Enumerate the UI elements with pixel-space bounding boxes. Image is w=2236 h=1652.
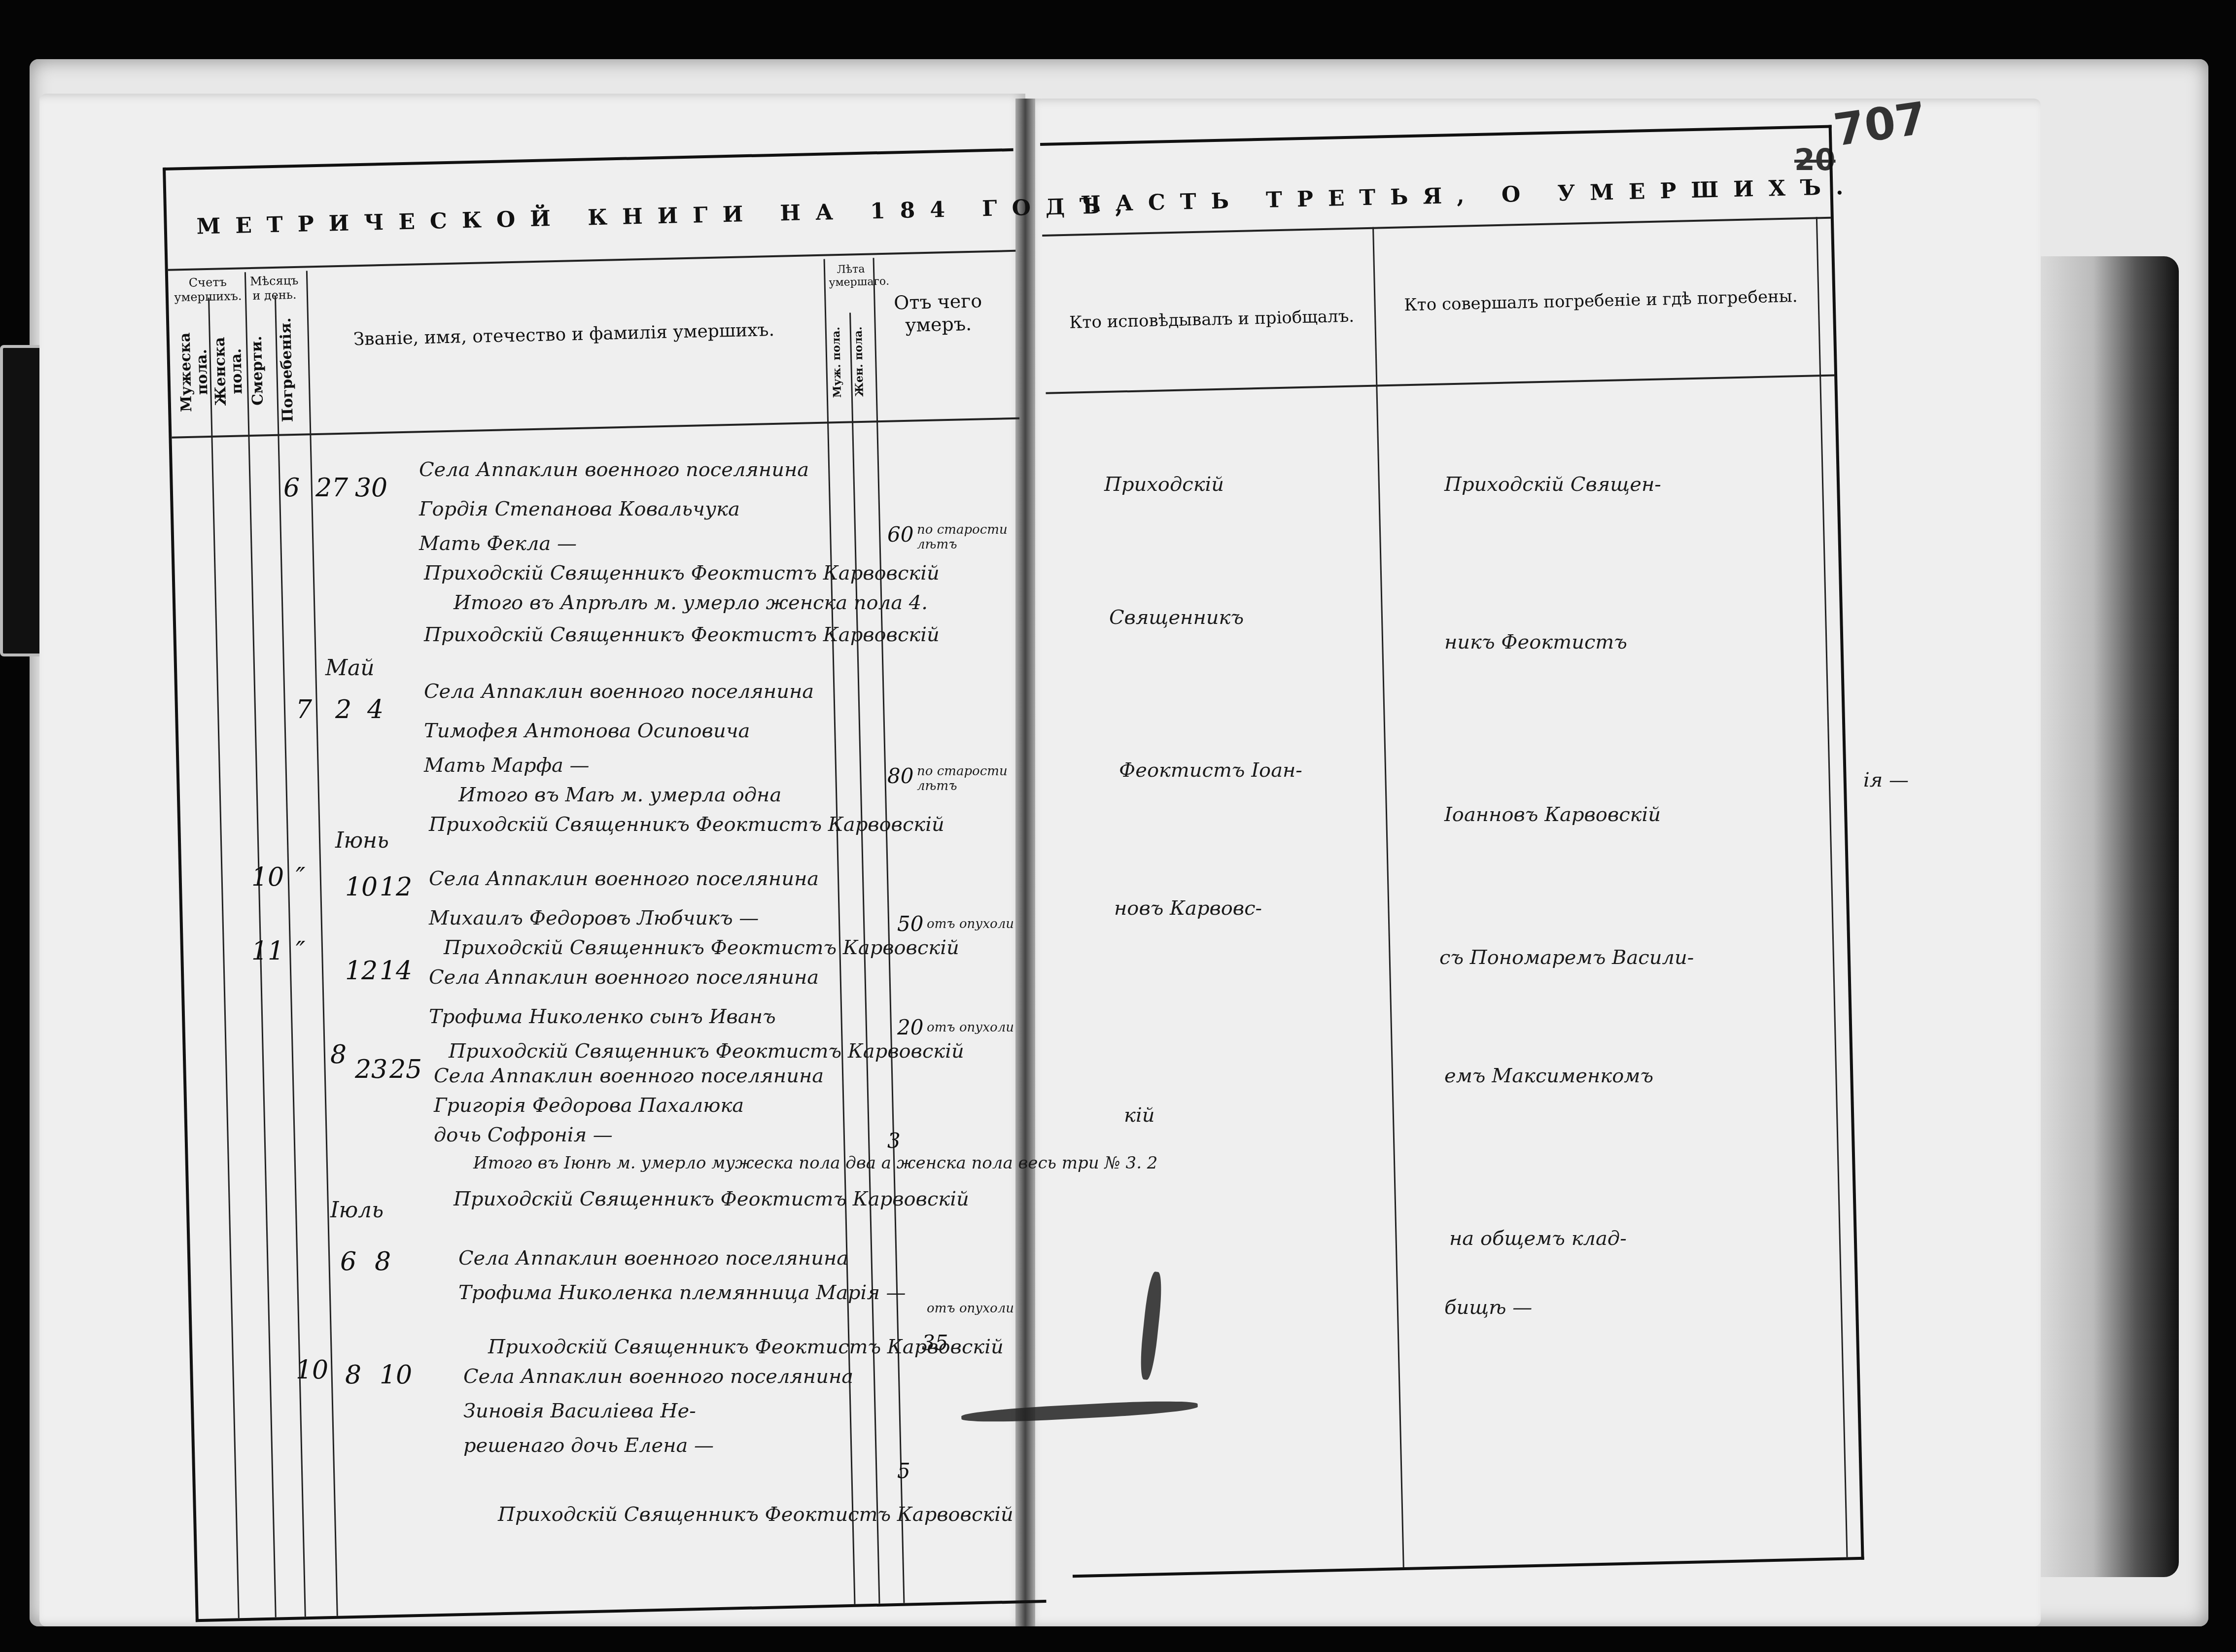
entry-priest: Приходскій Священникъ Феоктистъ Карвовск… bbox=[488, 1336, 1004, 1358]
entry-line: Мать Марфа — bbox=[424, 754, 590, 777]
entry-burial-day: 12 bbox=[380, 872, 412, 902]
entry-burial-day: 10 bbox=[380, 1360, 412, 1390]
header-rule bbox=[1042, 217, 1831, 237]
entry-line: Зиновія Василіева Не- bbox=[463, 1400, 696, 1422]
right-page-title: ЧАСТЬ ТРЕТЬЯ, О УМЕРШИХЪ. bbox=[1081, 174, 1858, 217]
entry-burial-day: 30 bbox=[355, 473, 387, 503]
confessor-line: новъ Карвовс- bbox=[1114, 897, 1262, 920]
confessor-line: кій bbox=[1124, 1104, 1154, 1127]
burial-line: Приходскій Священ- bbox=[1444, 473, 1661, 496]
entry-cause: по старости лѣтъ bbox=[917, 522, 1025, 552]
entry-priest: Приходскій Священникъ Феоктистъ Карвовск… bbox=[429, 813, 944, 836]
entry-burial-day: 25 bbox=[389, 1055, 422, 1084]
month-marker-may: Май bbox=[325, 655, 375, 681]
col-divider bbox=[306, 271, 338, 1616]
margin-note: ія — bbox=[1863, 769, 1909, 792]
burial-line: на общемъ клад- bbox=[1449, 1227, 1627, 1250]
confessor-line: Феоктистъ Іоан- bbox=[1119, 759, 1302, 782]
col-name: Званіе, имя, отечество и фамилія умерших… bbox=[313, 318, 816, 351]
entry-count-female: 10 bbox=[296, 1355, 328, 1385]
entry-line: Села Аппаклин военного поселянина bbox=[458, 1247, 848, 1270]
entry-death-day: 12 bbox=[345, 956, 378, 986]
entry-age: 60 bbox=[887, 522, 913, 547]
entry-line: решенаго дочь Елена — bbox=[463, 1434, 714, 1457]
col-count-male: Мужеска пола. bbox=[176, 317, 209, 426]
entry-age: 20 bbox=[897, 1015, 923, 1039]
entry-burial-day: 14 bbox=[380, 956, 412, 986]
entry-age: 80 bbox=[887, 764, 913, 788]
entry-priest: Приходскій Священникъ Феоктистъ Карвовск… bbox=[424, 623, 940, 646]
entry-count-female: ″ bbox=[296, 862, 305, 892]
col-divider bbox=[1372, 227, 1404, 1567]
entry-burial-day: 8 bbox=[375, 1247, 391, 1276]
burial-line: съ Пономаремъ Васили- bbox=[1439, 946, 1694, 969]
entry-line: Мать Фекла — bbox=[419, 532, 577, 555]
entry-line: дочь Софронія — bbox=[434, 1124, 613, 1146]
entry-count-male: 10 bbox=[251, 862, 284, 892]
col-count-female: Женска пола. bbox=[211, 316, 243, 425]
col-age-male: Муж. пола. bbox=[830, 317, 851, 407]
entry-death-day: 6 bbox=[340, 1247, 356, 1276]
col-burial: Кто совершалъ погребеніе и гдѣ погребены… bbox=[1379, 286, 1823, 316]
entry-count-male: 11 bbox=[251, 936, 284, 966]
entry-count-female: 6 bbox=[283, 473, 300, 503]
col-cause: Отъ чего умеръ. bbox=[878, 290, 998, 338]
entry-line: Григорія Федорова Пахалюка bbox=[434, 1094, 744, 1117]
entry-count-female: ″ bbox=[296, 936, 305, 966]
entry-line: Михаилъ Федоровъ Любчикъ — bbox=[429, 907, 759, 929]
entry-priest: Приходскій Священникъ Феоктистъ Карвовск… bbox=[454, 1188, 969, 1210]
entry-line: Села Аппаклин военного поселянина bbox=[429, 966, 819, 989]
confessor-line: Приходскій bbox=[1104, 473, 1224, 496]
entry-line: Села Аппаклин военного поселянина bbox=[424, 680, 814, 703]
entry-monthly-total: Итого въ Іюнѣ м. умерло мужеска пола два… bbox=[473, 1153, 1157, 1173]
col-confessor: Кто исповѣдывалъ и пріобщалъ. bbox=[1054, 306, 1370, 333]
entry-cause: отъ опухоли bbox=[927, 917, 1014, 931]
entry-line: Трофима Николенко сынъ Иванъ bbox=[429, 1005, 776, 1028]
right-register-table: ЧАСТЬ ТРЕТЬЯ, О УМЕРШИХЪ. Кто исповѣдыва… bbox=[1040, 125, 1864, 1578]
entry-age: 50 bbox=[897, 912, 923, 936]
confessor-line: Священникъ bbox=[1109, 606, 1244, 629]
header-rule bbox=[168, 250, 1016, 271]
entry-cause: отъ опухоли bbox=[927, 1301, 1014, 1316]
entry-cause: отъ опухоли bbox=[927, 1020, 1014, 1035]
entry-death-day: 2 bbox=[335, 695, 351, 724]
burial-line: бищѣ — bbox=[1444, 1296, 1532, 1319]
month-marker-july: Іюль bbox=[330, 1198, 384, 1223]
entry-priest: Приходскій Священникъ Феоктистъ Карвовск… bbox=[498, 1503, 1013, 1526]
col-divider bbox=[824, 259, 856, 1604]
entry-line: Трофима Николенка племянница Марія — bbox=[458, 1281, 906, 1304]
entry-age: 5 bbox=[897, 1459, 910, 1483]
burial-line: никъ Феоктистъ bbox=[1444, 631, 1627, 654]
entry-death-day: 8 bbox=[345, 1360, 361, 1390]
entry-burial-day: 4 bbox=[367, 695, 384, 724]
col-divider bbox=[208, 298, 240, 1618]
entry-count-female: 7 bbox=[296, 695, 312, 724]
entry-death-day: 23 bbox=[355, 1055, 387, 1084]
burial-line: емъ Максименкомъ bbox=[1444, 1065, 1653, 1087]
entry-line: Села Аппаклин военного поселянина bbox=[434, 1065, 824, 1087]
entry-count-female: 8 bbox=[330, 1040, 347, 1069]
col-age-group: Лѣта умершаго. bbox=[829, 263, 873, 290]
month-marker-june: Іюнь bbox=[335, 828, 389, 853]
entry-line: Села Аппаклин военного поселянина bbox=[419, 458, 809, 481]
entry-line: Села Аппаклин военного поселянина bbox=[429, 867, 819, 890]
entry-death-day: 27 bbox=[315, 473, 348, 503]
entry-monthly-total: Итого въ Маѣ м. умерла одна bbox=[458, 784, 781, 806]
entry-monthly-total: Итого въ Апрѣлѣ м. умерло женска пола 4. bbox=[454, 591, 928, 614]
left-page-title: МЕТРИЧЕСКОЙ КНИГИ НА 184 ГОДЪ, bbox=[196, 193, 1138, 239]
col-date-death: Смерти. bbox=[248, 316, 275, 425]
entry-line: Села Аппаклин военного поселянина bbox=[463, 1365, 853, 1388]
burial-line: Іоанновъ Карвовскій bbox=[1444, 803, 1661, 826]
entry-cause: по старости лѣтъ bbox=[917, 764, 1025, 793]
book-page-edges bbox=[2036, 256, 2179, 1577]
entry-death-day: 10 bbox=[345, 872, 378, 902]
entry-age: 3 bbox=[887, 1129, 901, 1153]
entry-priest: Приходскій Священникъ Феоктистъ Карвовск… bbox=[444, 936, 959, 959]
entry-line: Гордія Степанова Ковальчука bbox=[419, 498, 740, 520]
entry-priest: Приходскій Священникъ Феоктистъ Карвовск… bbox=[449, 1040, 964, 1063]
entry-line: Тимофея Антонова Осиповича bbox=[424, 720, 750, 742]
entry-priest: Приходскій Священникъ Феоктистъ Карвовск… bbox=[424, 562, 940, 585]
col-date-burial: Погребенія. bbox=[278, 315, 305, 424]
col-age-female: Жен. пола. bbox=[852, 317, 873, 406]
header-bottom-rule bbox=[1046, 375, 1834, 394]
